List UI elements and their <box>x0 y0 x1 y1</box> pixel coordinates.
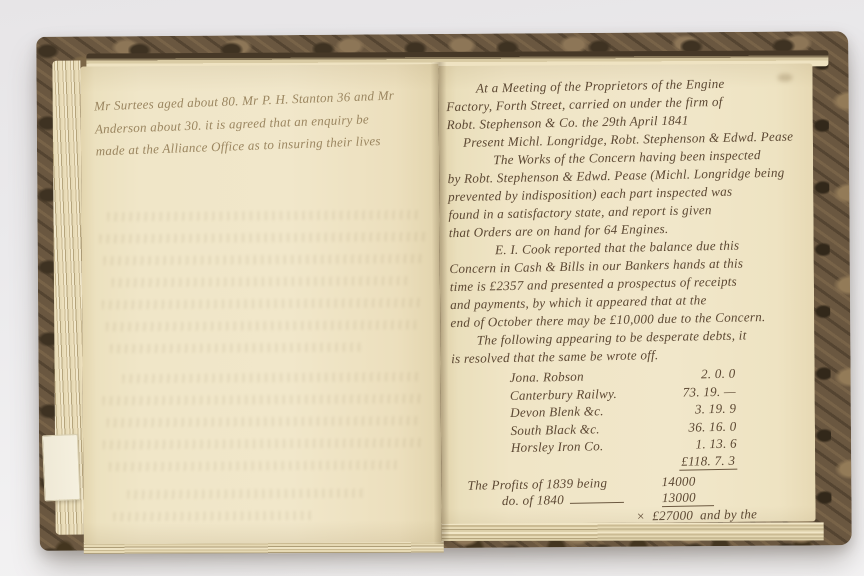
profit-total-row: × £27000 and by the <box>636 504 810 524</box>
book-gutter-shadow <box>430 62 449 544</box>
profit-total-suffix: and by the <box>700 505 757 523</box>
ledger-name: Devon Blenk &c. <box>510 402 604 421</box>
filler-dash <box>570 491 624 504</box>
left-page: Mr Surtees aged about 80. Mr P. H. Stant… <box>80 64 441 544</box>
ledger-total-amount: £118. 7. 3 <box>679 452 737 470</box>
ledger-amount: 73. 19. — <box>664 382 736 401</box>
right-page-manuscript: At a Meeting of the Proprietors of the E… <box>446 73 811 527</box>
ledger-amount: 2. 0. 0 <box>663 365 735 384</box>
profits-note: The Profits of 1839 being 14000 do. of 1… <box>467 471 810 528</box>
ledger-amount: 3. 19. 9 <box>664 400 736 419</box>
ledger-amount: 1. 13. 6 <box>665 435 737 454</box>
cross-mark: × <box>636 507 645 524</box>
photo-background: Mr Surtees aged about 80. Mr P. H. Stant… <box>0 0 864 576</box>
ledger-amount: 36. 16. 0 <box>664 417 736 436</box>
profit-label: do. of 1840 <box>468 492 564 510</box>
inserted-paper-slip <box>42 434 81 501</box>
ledger-name: Jona. Robson <box>509 368 584 387</box>
ledger-name: Horsley Iron Co. <box>511 437 604 456</box>
debts-ledger: Jona. Robson 2. 0. 0 Canterbury Railwy. … <box>509 365 737 474</box>
right-page: At a Meeting of the Proprietors of the E… <box>438 63 815 524</box>
ledger-name: Canterbury Railwy. <box>510 384 617 404</box>
profit-total-amount: £27000 <box>652 506 693 524</box>
left-page-manuscript: Mr Surtees aged about 80. Mr P. H. Stant… <box>94 83 436 163</box>
profit-value: 13000 <box>662 489 714 506</box>
profit-value: 14000 <box>661 473 713 490</box>
ledger-name: South Black &c. <box>510 420 600 439</box>
open-minute-book: Mr Surtees aged about 80. Mr P. H. Stant… <box>36 31 852 551</box>
